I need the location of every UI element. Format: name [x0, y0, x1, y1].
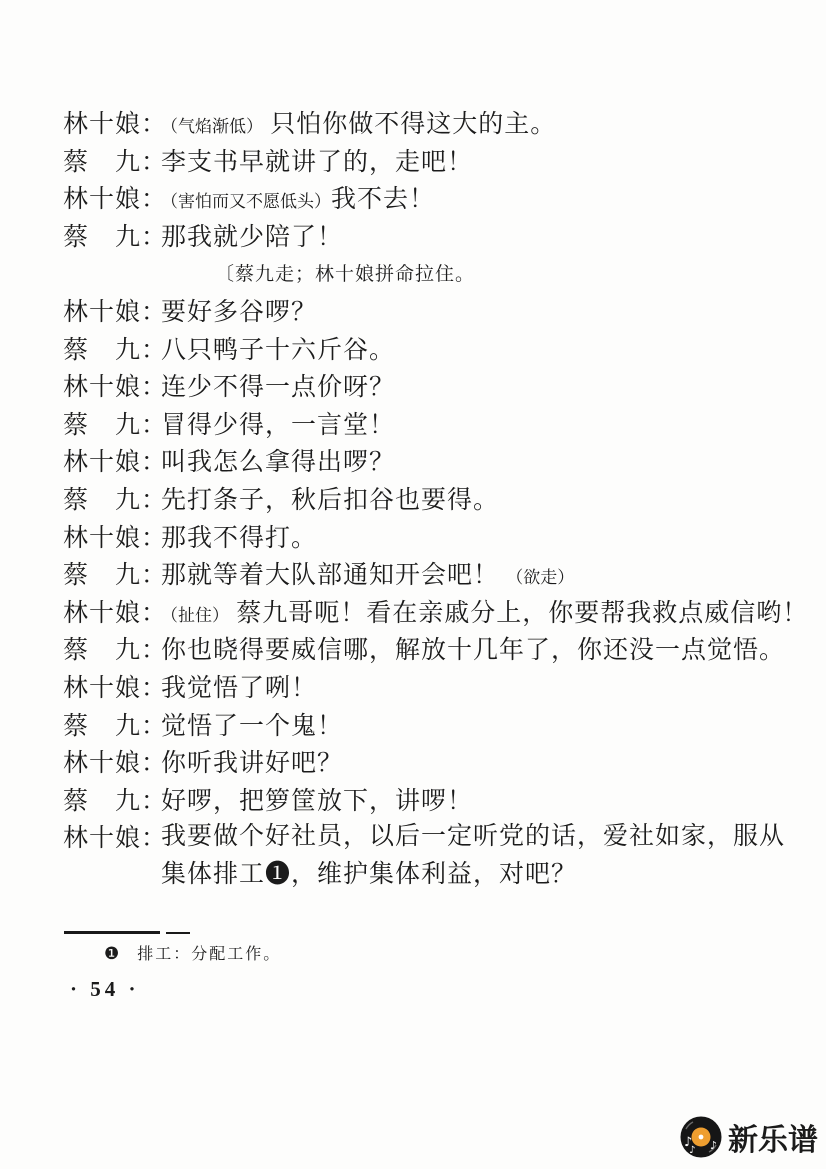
dialogue-area: 林十娘：（气焰渐低） 只怕你做不得这大的主。 蔡 九：李支书早就讲了的，走吧！ … [63, 104, 818, 894]
dialogue-line: 蔡 九：冒得少得，一言堂！ [63, 405, 818, 443]
speaker-name: 林十娘： [63, 179, 161, 215]
dialogue-text: 好啰，把箩筐放下，讲啰！ [161, 788, 473, 815]
dialogue-line: 林十娘：叫我怎么拿得出啰？ [63, 442, 818, 480]
speaker-name: 林十娘： [63, 367, 161, 403]
dialogue-text: 冒得少得，一言堂！ [161, 412, 395, 439]
dialogue-line: 蔡 九：李支书早就讲了的，走吧！ [63, 142, 818, 180]
dialogue-line: 蔡 九：八只鸭子十六斤谷。 [63, 330, 818, 368]
speaker-name: 蔡 九： [63, 405, 161, 441]
dialogue-text: 觉悟了一个鬼！ [161, 713, 343, 740]
footnote-divider [166, 932, 190, 934]
watermark-logo: ♪ ♪ ♪ 新乐谱 [679, 1115, 818, 1159]
speaker-name: 林十娘： [63, 818, 161, 854]
dialogue-text: 要好多谷啰？ [161, 299, 317, 326]
footnote-text: 排工：分配工作。 [137, 946, 281, 963]
inline-stage-note: （扯住） [161, 606, 229, 625]
speaker-name: 蔡 九： [63, 630, 161, 666]
svg-text:♪: ♪ [689, 1145, 695, 1156]
speaker-name: 蔡 九： [63, 330, 161, 366]
dialogue-text-continuation: 集体排工❶，维护集体利益，对吧？ [161, 856, 785, 894]
dialogue-text: 那就等着大队部通知开会吧！ [161, 562, 499, 589]
dialogue-text: 先打条子，秋后扣谷也要得。 [161, 487, 499, 514]
dialogue-text: 连少不得一点价呀？ [161, 374, 395, 401]
speaker-name: 蔡 九： [63, 706, 161, 742]
dialogue-line: 蔡 九：你也晓得要威信哪，解放十几年了，你还没一点觉悟。 [63, 630, 818, 668]
footnote-divider [64, 931, 160, 934]
speaker-name: 林十娘： [63, 104, 161, 140]
dialogue-line: 林十娘：我觉悟了咧！ [63, 668, 818, 706]
speaker-name: 蔡 九： [63, 781, 161, 817]
inline-stage-note: （气焰渐低） [161, 117, 263, 136]
dialogue-line: 蔡 九：先打条子，秋后扣谷也要得。 [63, 480, 818, 518]
dialogue-text: 那我不得打。 [161, 525, 317, 552]
dialogue-line: 蔡 九：觉悟了一个鬼！ [63, 706, 818, 744]
speaker-name: 林十娘： [63, 292, 161, 328]
speaker-name: 蔡 九： [63, 555, 161, 591]
dialogue-line: 林十娘：你听我讲好吧？ [63, 743, 818, 781]
inline-stage-note: （害怕而又不愿低头） [161, 192, 331, 211]
script-page: 林十娘：（气焰渐低） 只怕你做不得这大的主。 蔡 九：李支书早就讲了的，走吧！ … [0, 0, 826, 1169]
stage-direction-text: 〔蔡九走；林十娘拼命拉住。 [215, 264, 475, 285]
dialogue-text: 我觉悟了咧！ [161, 675, 317, 702]
logo-text: 新乐谱 [728, 1115, 818, 1159]
inline-stage-note: （欲走） [506, 568, 574, 587]
vinyl-record-icon: ♪ ♪ ♪ [679, 1115, 723, 1159]
speaker-name: 蔡 九： [63, 142, 161, 178]
dialogue-line: 林十娘：我要做个好社员，以后一定听党的话，爱社如家，服从集体排工❶，维护集体利益… [63, 818, 818, 894]
speaker-name: 林十娘： [63, 442, 161, 478]
speaker-name: 蔡 九： [63, 480, 161, 516]
dialogue-text: 你也晓得要威信哪，解放十几年了，你还没一点觉悟。 [161, 637, 785, 664]
dialogue-line: 蔡 九：那我就少陪了！ [63, 217, 818, 255]
dialogue-line: 林十娘：（害怕而又不愿低头）我不去！ [63, 179, 818, 217]
speaker-name: 林十娘： [63, 743, 161, 779]
speaker-name: 林十娘： [63, 518, 161, 554]
dialogue-line: 蔡 九：好啰，把箩筐放下，讲啰！ [63, 781, 818, 819]
dialogue-text: 只怕你做不得这大的主。 [270, 111, 556, 138]
dialogue-text: 李支书早就讲了的，走吧！ [161, 149, 473, 176]
speaker-name: 林十娘： [63, 593, 161, 629]
speaker-name: 林十娘： [63, 668, 161, 704]
page-number: · 54 · [70, 977, 140, 1002]
dialogue-line: 林十娘：（气焰渐低） 只怕你做不得这大的主。 [63, 104, 818, 142]
dialogue-text: 那我就少陪了！ [161, 224, 343, 251]
dialogue-line: 林十娘：要好多谷啰？ [63, 292, 818, 330]
dialogue-line: 林十娘：连少不得一点价呀？ [63, 367, 818, 405]
dialogue-text: 叫我怎么拿得出啰？ [161, 449, 395, 476]
svg-text:♪: ♪ [710, 1139, 717, 1152]
stage-direction: 〔蔡九走；林十娘拼命拉住。 [63, 254, 818, 292]
dialogue-line: 林十娘：那我不得打。 [63, 518, 818, 556]
speaker-name: 蔡 九： [63, 217, 161, 253]
dialogue-text: 我要做个好社员，以后一定听党的话，爱社如家，服从 [161, 818, 785, 856]
dialogue-line: 林十娘：（扯住） 蔡九哥呃！看在亲戚分上，你要帮我救点威信哟！ [63, 593, 818, 631]
footnote-marker: ❶ [104, 944, 121, 963]
dialogue-text: 我不去！ [331, 186, 435, 213]
dialogue-text: 八只鸭子十六斤谷。 [161, 337, 395, 364]
footnote: ❶排工：分配工作。 [104, 941, 281, 964]
dialogue-text: 你听我讲好吧？ [161, 750, 343, 777]
dialogue-text: 蔡九哥呃！看在亲戚分上，你要帮我救点威信哟！ [236, 600, 808, 627]
dialogue-line: 蔡 九：那就等着大队部通知开会吧！ （欲走） [63, 555, 818, 593]
